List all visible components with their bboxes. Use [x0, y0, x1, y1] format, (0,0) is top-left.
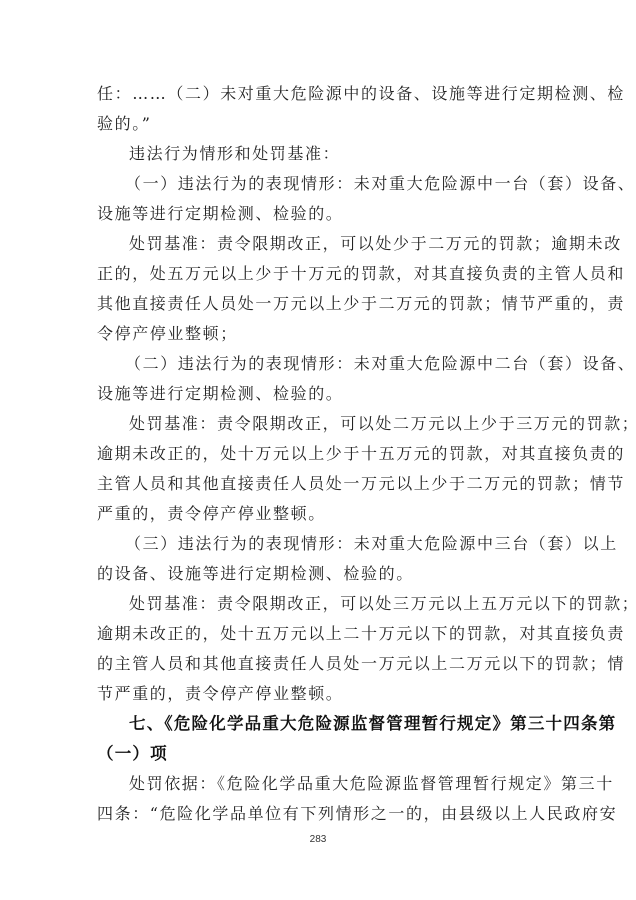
violation-case-3: （三）违法行为的表现情形：未对重大危险源中三台（套）以上 的设备、设施等进行定期…: [97, 529, 542, 589]
quoted-provision-continuation: 任：……（二）未对重大危险源中的设备、设施等进行定期检测、检 验的。”: [97, 79, 542, 139]
page-number: 283: [0, 834, 636, 845]
section-heading-7: 七、《危险化学品重大危险源监督管理暂行规定》第三十四条第 （一）项: [97, 709, 542, 769]
text-line: 节严重的，责令停产停业整顿。: [97, 679, 542, 709]
violation-case-2: （二）违法行为的表现情形：未对重大危险源中二台（套）设备、 设施等进行定期检测、…: [97, 349, 542, 409]
section-intro: 违法行为情形和处罚基准：: [97, 139, 542, 169]
text-line: 严重的，责令停产停业整顿。: [97, 499, 542, 529]
text-line: 四条：“危险化学品单位有下列情形之一的，由县级以上人民政府安: [97, 799, 542, 829]
text-line: 设施等进行定期检测、检验的。: [97, 199, 542, 229]
text-line: 处罚基准：责令限期改正，可以处三万元以上五万元以下的罚款；: [97, 589, 542, 619]
text-line: 任：……（二）未对重大危险源中的设备、设施等进行定期检测、检: [97, 79, 542, 109]
text-line: （一）违法行为的表现情形：未对重大危险源中一台（套）设备、: [97, 169, 542, 199]
text-line: 主管人员和其他直接责任人员处一万元以上少于二万元的罚款；情节: [97, 469, 542, 499]
heading-line: 七、《危险化学品重大危险源监督管理暂行规定》第三十四条第: [97, 709, 542, 739]
text-line: （三）违法行为的表现情形：未对重大危险源中三台（套）以上: [97, 529, 542, 559]
text-line: 验的。”: [97, 109, 542, 139]
text-line: 正的，处五万元以上少于十万元的罚款，对其直接负责的主管人员和: [97, 259, 542, 289]
penalty-standard-2: 处罚基准：责令限期改正，可以处二万元以上少于三万元的罚款； 逾期未改正的，处十万…: [97, 409, 542, 529]
penalty-basis: 处罚依据：《危险化学品重大危险源监督管理暂行规定》第三十 四条：“危险化学品单位…: [97, 769, 542, 829]
violation-case-1: （一）违法行为的表现情形：未对重大危险源中一台（套）设备、 设施等进行定期检测、…: [97, 169, 542, 229]
text-line: 的主管人员和其他直接责任人员处一万元以上二万元以下的罚款；情: [97, 649, 542, 679]
text-line: 处罚基准：责令限期改正，可以处少于二万元的罚款；逾期未改: [97, 229, 542, 259]
text-line: 逾期未改正的，处十万元以上少于十五万元的罚款，对其直接负责的: [97, 439, 542, 469]
penalty-standard-3: 处罚基准：责令限期改正，可以处三万元以上五万元以下的罚款； 逾期未改正的，处十五…: [97, 589, 542, 709]
heading-line: （一）项: [97, 739, 542, 769]
text-line: 令停产停业整顿；: [97, 319, 542, 349]
text-line: 违法行为情形和处罚基准：: [97, 139, 542, 169]
text-line: 逾期未改正的，处十五万元以上二十万元以下的罚款，对其直接负责: [97, 619, 542, 649]
text-line: 的设备、设施等进行定期检测、检验的。: [97, 559, 542, 589]
text-line: 处罚依据：《危险化学品重大危险源监督管理暂行规定》第三十: [97, 769, 542, 799]
text-line: （二）违法行为的表现情形：未对重大危险源中二台（套）设备、: [97, 349, 542, 379]
text-line: 其他直接责任人员处一万元以上少于二万元的罚款；情节严重的，责: [97, 289, 542, 319]
document-page: 任：……（二）未对重大危险源中的设备、设施等进行定期检测、检 验的。” 违法行为…: [0, 0, 636, 900]
text-line: 处罚基准：责令限期改正，可以处二万元以上少于三万元的罚款；: [97, 409, 542, 439]
penalty-standard-1: 处罚基准：责令限期改正，可以处少于二万元的罚款；逾期未改 正的，处五万元以上少于…: [97, 229, 542, 349]
text-line: 设施等进行定期检测、检验的。: [97, 379, 542, 409]
page-body: 任：……（二）未对重大危险源中的设备、设施等进行定期检测、检 验的。” 违法行为…: [97, 79, 542, 829]
